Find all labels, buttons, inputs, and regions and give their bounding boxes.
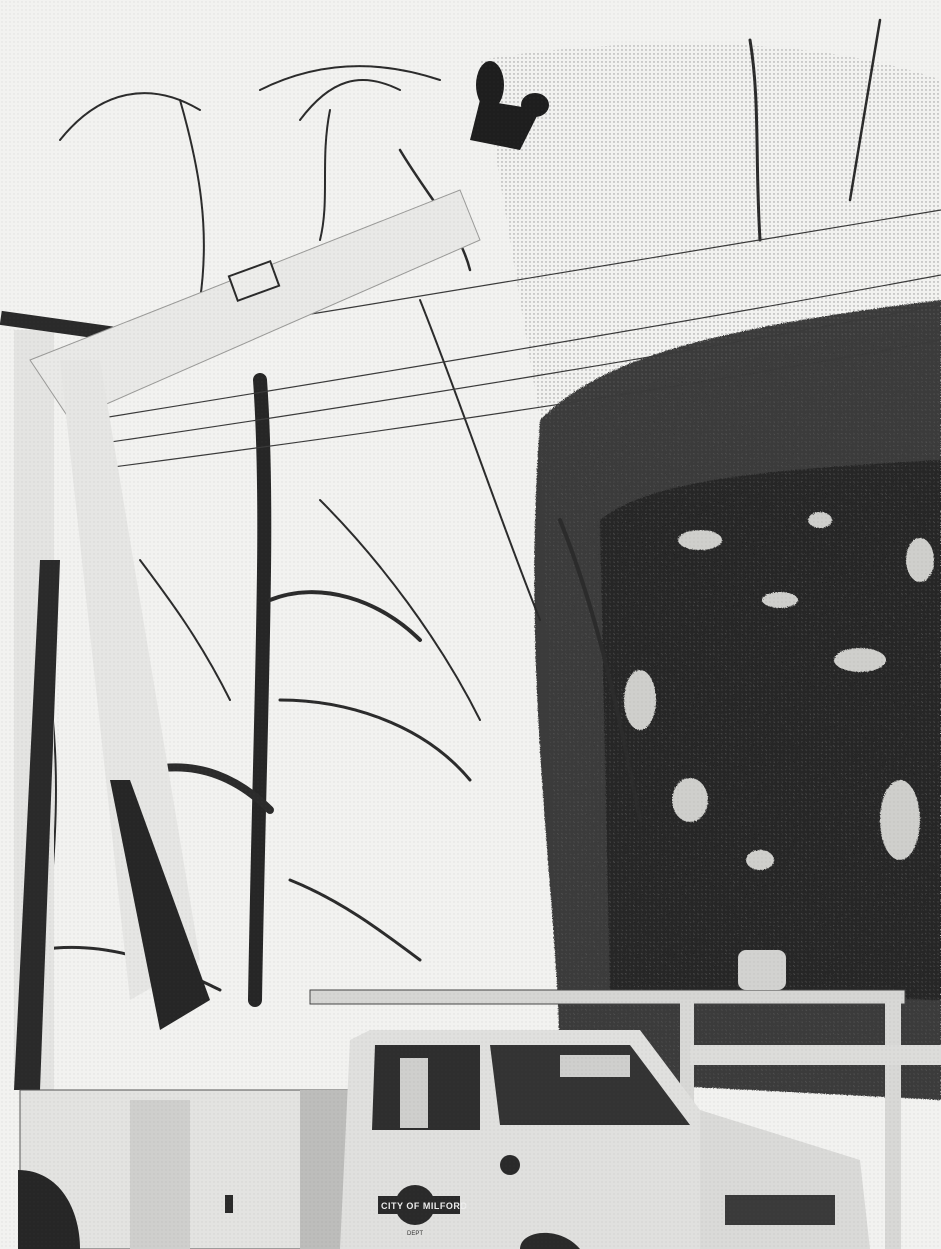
newspaper-photo: CITY OF MILFORD DEPT bbox=[0, 0, 941, 1249]
halftone-grain bbox=[0, 0, 941, 1249]
